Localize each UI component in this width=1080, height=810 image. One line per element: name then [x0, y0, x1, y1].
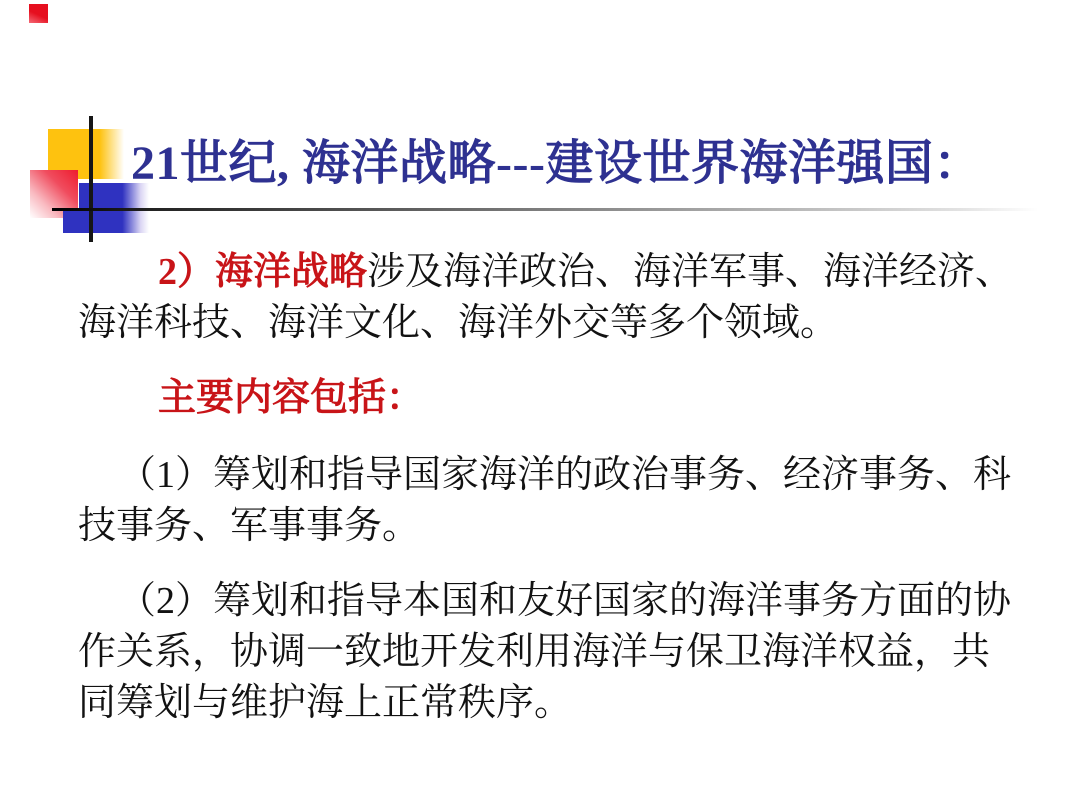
- section-heading: 主要内容包括：: [78, 373, 1018, 424]
- presentation-slide: 21世纪, 海洋战略---建设世界海洋强国： 2）海洋战略涉及海洋政治、海洋军事…: [0, 0, 1080, 810]
- list-item-1: （1）筹划和指导国家海洋的政治事务、经济事务、科技事务、军事事务。: [78, 450, 1018, 552]
- vertical-line: [89, 116, 93, 242]
- slide-title: 21世纪, 海洋战略---建设世界海洋强国：: [131, 124, 1051, 193]
- horizontal-rule: [52, 208, 1038, 211]
- paragraph-overview: 2）海洋战略涉及海洋政治、海洋军事、海洋经济、海洋科技、海洋文化、海洋外交等多个…: [78, 247, 1018, 349]
- corner-red-square-icon: [29, 4, 48, 23]
- paragraph-overview-lead: 2）海洋战略: [158, 251, 367, 293]
- list-item-2: （2）筹划和指导本国和友好国家的海洋事务方面的协作关系，协调一致地开发利用海洋与…: [78, 576, 1018, 729]
- slide-body: 2）海洋战略涉及海洋政治、海洋军事、海洋经济、海洋科技、海洋文化、海洋外交等多个…: [78, 247, 1018, 729]
